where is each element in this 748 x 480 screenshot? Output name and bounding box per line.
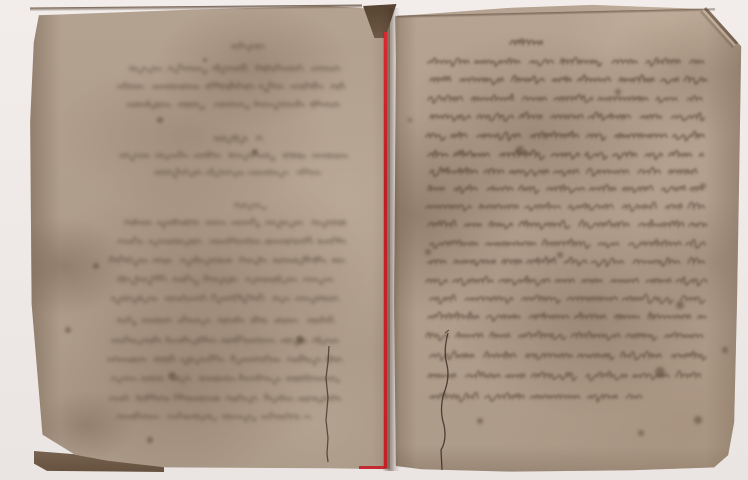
scanned-document [0,0,748,480]
left-page [28,5,390,472]
binding-thread-end [359,466,386,469]
right-page [392,3,744,474]
binding-thread [384,32,387,468]
